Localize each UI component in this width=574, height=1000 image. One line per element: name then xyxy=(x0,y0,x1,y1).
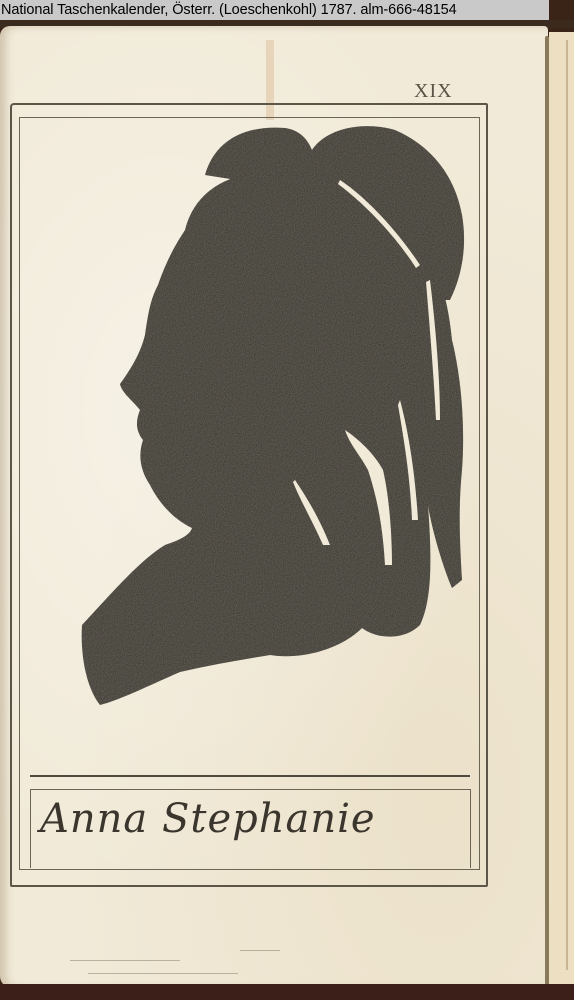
page-stack-line xyxy=(566,40,568,970)
caption-right-rule xyxy=(470,789,471,868)
faint-mark xyxy=(240,950,280,951)
page-stack-edge xyxy=(549,32,574,988)
page-fold-line xyxy=(545,36,549,988)
caption-left-rule xyxy=(30,789,31,868)
page-number: XIX xyxy=(414,80,453,103)
faint-mark xyxy=(70,960,180,961)
caption-inner-rule xyxy=(30,789,470,790)
portrait-name-script: Anna Stephanie xyxy=(40,796,376,842)
silhouette-portrait xyxy=(70,115,480,715)
image-caption: National Taschenkalender, Österr. (Loesc… xyxy=(0,0,549,20)
faint-mark xyxy=(88,973,238,974)
caption-top-rule xyxy=(30,775,470,777)
book-cover-bottom xyxy=(0,984,574,1000)
